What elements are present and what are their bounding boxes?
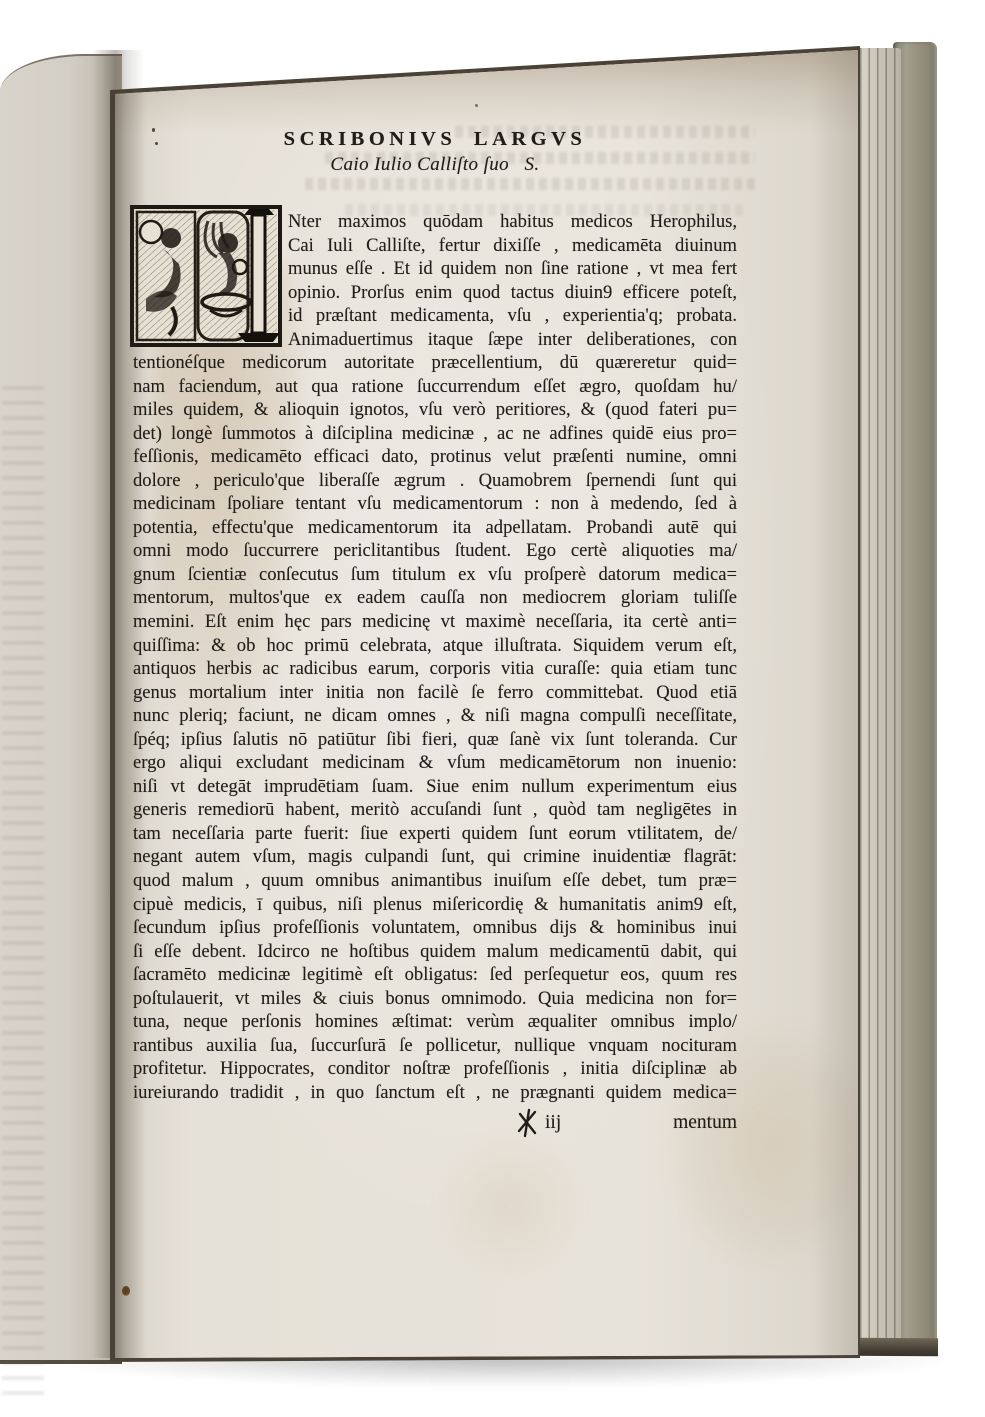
text-line: munus eſſe . Et id quidem non ſine ratio… <box>288 257 737 281</box>
text-line: profitetur. Hippocrates, conditor noſtræ… <box>133 1057 737 1081</box>
text-line: tentionéſque medicorum autoritate præcel… <box>133 351 737 375</box>
page-curl-shading <box>810 46 858 1362</box>
ink-speck <box>155 142 158 145</box>
catchword: mentum <box>673 1108 737 1138</box>
text-line: negant autem vſum, magis culpandi ſunt, … <box>133 845 737 869</box>
text-line: mentorum, multos'que ex eadem cauſſa non… <box>133 586 737 610</box>
photograph-of-early-printed-book-page: { "page": { "header": { "title": "SCRIBO… <box>0 0 985 1417</box>
page-heading-salutation: Caio Iulio Calliſto ſuo S. <box>133 154 737 176</box>
text-line: gnum ſcientiæ conſecutus ſum titulum ex … <box>133 563 737 587</box>
showthrough-text <box>2 386 44 1396</box>
text-line: tuna, neque perſonis homines æſtimat: ve… <box>133 1010 737 1034</box>
text-line: ſi eſſe debent. Idcirco ne hoſtibus quid… <box>133 940 737 964</box>
text-line: Cai Iuli Calliſte, fertur dixiſſe , medi… <box>288 234 737 258</box>
ink-speck <box>475 104 478 107</box>
text-line: miles quidem, & alioquin ignotos, vſu ve… <box>133 398 737 422</box>
gutter-shadow <box>92 50 144 1358</box>
text-line: nam faciendum, aut qua ratione ſuccurren… <box>133 375 737 399</box>
page-heading-author: SCRIBONIVS LARGVS <box>133 128 737 151</box>
text-line: opinio. Prorſus enim quod tactus diuin9 … <box>288 281 737 305</box>
text-line: memini. Eſt enim hęc pars medicinę vt ma… <box>133 610 737 634</box>
asterisk-star-icon <box>516 1108 538 1138</box>
text-line: quod malum , quum omnibus animantibus in… <box>133 869 737 893</box>
text-line: ſacramēto medicinæ legitimè eſt obligatu… <box>133 963 737 987</box>
text-line: poſtulauerit, vt miles & ciuis bonus omn… <box>133 987 737 1011</box>
text-line: ſecundum ipſius profeſſionis voluntatem,… <box>133 916 737 940</box>
gathering-signature: iij <box>516 1108 561 1138</box>
page-block-bottom-edge <box>850 1338 938 1356</box>
text-line: ergo aliqui excludant medicinam & vſum m… <box>133 751 737 775</box>
text-line: det) longè ſummotos à diſciplina medicin… <box>133 422 737 446</box>
text-line: quiſſima: & ob hoc primū celebrata, atqu… <box>133 634 737 658</box>
text-line: iureiurando tradidit , in quo ſanctum eſ… <box>133 1081 737 1105</box>
text-line: feſſionis, medicamēto efficaci dato, pro… <box>133 445 737 469</box>
stain <box>435 1131 585 1281</box>
text-line: medicinam ſpoliare tentant vſu medicamen… <box>133 492 737 516</box>
text-line: Nter maximos quōdam habitus medicos Hero… <box>288 210 737 234</box>
text-line: genus mortalium inter initia non facilè … <box>133 681 737 705</box>
book-page: SCRIBONIVS LARGVS Caio Iulio Calliſto ſu… <box>115 46 858 1362</box>
text-line: niſi vt detegāt imprudētiam ſuam. Siue e… <box>133 775 737 799</box>
gathering-number: iij <box>545 1108 561 1138</box>
text-line: potentia, effectu'que medicamentorum ita… <box>133 516 737 540</box>
body-text: tentionéſque medicorum autoritate præcel… <box>133 351 737 1105</box>
text-line: dolore , periculo'que liberaſſe ægrum . … <box>133 469 737 493</box>
ink-speck <box>152 128 155 132</box>
text-line: id præſtant medicamenta, vſu , experient… <box>288 304 737 328</box>
text-line: nunc pleriq; faciunt, ne dicam omnes , &… <box>133 704 737 728</box>
text-line: omni modo ſuccurrere periclitantibus ſtu… <box>133 539 737 563</box>
text-line: antiquos herbis ac radicibus earum, corp… <box>133 657 737 681</box>
text-line: Animaduertimus itaque ſæpe inter deliber… <box>288 328 737 352</box>
text-line: ſpéq; ipſius ſalutis nō patiūtur ſibi fi… <box>133 728 737 752</box>
text-line: cipuè medicis, ī quibus, niſi plenus miſ… <box>133 893 737 917</box>
body-text-beside-initial: Nter maximos quōdam habitus medicos Hero… <box>288 210 737 351</box>
text-line: generis remediorū habent, meritò accuſan… <box>133 798 737 822</box>
woodcut-initial-I-icon <box>130 205 282 347</box>
signature-line: iij mentum <box>133 1108 737 1142</box>
text-line: rantibus auxilia ſua, ſuccurſurā ſe poll… <box>133 1034 737 1058</box>
text-line: tam neceſſaria parte fuerit: ſiue expert… <box>133 822 737 846</box>
